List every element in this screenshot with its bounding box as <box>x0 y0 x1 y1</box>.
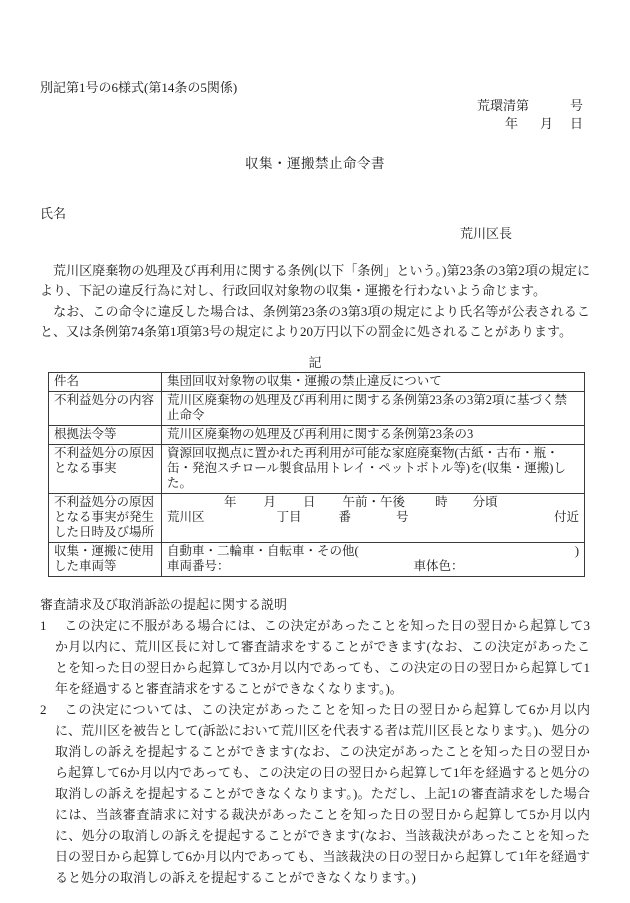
document-number-prefix: 荒環清第 <box>477 98 529 113</box>
datetime-year-label: 年 <box>224 495 237 510</box>
body-paragraph-2: なお、この命令に違反した場合は、条例第23条の3第3項の規定により氏名等が公表さ… <box>40 302 590 343</box>
table-row: 根拠法令等 荒川区廃棄物の処理及び再利用に関する条例第23条の3 <box>49 425 585 444</box>
row-label-vehicle: 収集・運搬に使用した車両等 <box>49 542 162 576</box>
row-value-disposition-content: 荒川区廃棄物の処理及び再利用に関する条例第23条の3第2項に基づく禁止命令 <box>162 391 585 425</box>
explanation-item-2-text: この決定については、この決定があったことを知った日の翌日から起算して6か月以内に… <box>55 702 590 885</box>
date-year-label: 年 <box>505 116 518 131</box>
datetime-minute-label: 分頃 <box>473 495 498 510</box>
vehicle-types-line: 自動車・二輪車・自転車・その他( ) <box>167 544 579 559</box>
place-line: 荒川区 丁目 番 号 付近 <box>167 510 579 525</box>
vehicle-detail-line: 車両番号： 車体色： <box>167 559 579 574</box>
place-chome-label: 丁目 <box>277 510 302 525</box>
table-row: 不利益処分の内容 荒川区廃棄物の処理及び再利用に関する条例第23条の3第2項に基… <box>49 391 585 425</box>
row-value-facts: 資源回収拠点に置かれた再利用が可能な家庭廃棄物(古紙・古布・瓶・缶・発泡スチロー… <box>162 444 585 493</box>
row-label-disposition-content: 不利益処分の内容 <box>49 391 162 425</box>
vehicle-number-label: 車両番号： <box>167 559 230 574</box>
datetime-month-label: 月 <box>264 495 277 510</box>
order-details-table: 件名 集団回収対象物の収集・運搬の禁止違反について 不利益処分の内容 荒川区廃棄… <box>48 372 585 577</box>
explanation-item-1-number: 1 <box>40 615 64 636</box>
datetime-ampm-label: 午前・午後 <box>343 495 406 510</box>
explanation-item-2-number: 2 <box>40 699 64 720</box>
explanation-item-2: 2この決定については、この決定があったことを知った日の翌日から起算して6か月以内… <box>40 699 590 888</box>
record-marker: 記 <box>40 355 590 371</box>
document-date-line: 年月日 <box>40 115 590 133</box>
row-label-legal-basis: 根拠法令等 <box>49 425 162 444</box>
row-label-subject: 件名 <box>49 372 162 391</box>
datetime-line: 年 月 日 午前・午後 時 分頃 <box>167 495 579 510</box>
vehicle-types-label: 自動車・二輪車・自転車・その他( <box>167 544 359 559</box>
form-reference: 別記第1号の6様式(第14条の5関係) <box>40 79 590 97</box>
date-day-label: 日 <box>570 116 583 131</box>
table-row: 不利益処分の原因となる事実 資源回収拠点に置かれた再利用が可能な家庭廃棄物(古紙… <box>49 444 585 493</box>
explanation-heading: 審査請求及び取消訴訟の提起に関する説明 <box>40 594 590 615</box>
explanation-item-1-text: この決定に不服がある場合には、この決定があったことを知った日の翌日から起算して3… <box>55 618 590 696</box>
place-blank-line <box>167 525 579 540</box>
date-month-label: 月 <box>540 116 553 131</box>
issuer-name: 荒川区長 <box>40 225 590 243</box>
order-body: 荒川区廃棄物の処理及び再利用に関する条例(以下「条例」という。)第23条の3第2… <box>40 261 590 343</box>
body-paragraph-1: 荒川区廃棄物の処理及び再利用に関する条例(以下「条例」という。)第23条の3第2… <box>40 261 590 302</box>
place-vicinity-label: 付近 <box>554 510 579 525</box>
addressee-name-label: 氏名 <box>40 205 590 223</box>
row-value-datetime-place: 年 月 日 午前・午後 時 分頃 荒川区 丁目 番 号 付近 <box>162 493 585 542</box>
vehicle-types-close-paren: ) <box>575 544 579 559</box>
row-value-vehicle: 自動車・二輪車・自転車・その他( ) 車両番号： 車体色： <box>162 542 585 576</box>
place-ward-label: 荒川区 <box>167 510 205 525</box>
table-row: 不利益処分の原因となる事実が発生した日時及び場所 年 月 日 午前・午後 時 分… <box>49 493 585 542</box>
datetime-day-label: 日 <box>303 495 316 510</box>
place-go-label: 号 <box>396 510 409 525</box>
row-label-facts: 不利益処分の原因となる事実 <box>49 444 162 493</box>
document-page: 別記第1号の6様式(第14条の5関係) 荒環清第号 年月日 収集・運搬禁止命令書… <box>0 0 630 903</box>
page-title: 収集・運搬禁止命令書 <box>40 155 590 173</box>
vehicle-color-label: 車体色： <box>414 559 464 574</box>
row-value-legal-basis: 荒川区廃棄物の処理及び再利用に関する条例第23条の3 <box>162 425 585 444</box>
explanation-item-1: 1この決定に不服がある場合には、この決定があったことを知った日の翌日から起算して… <box>40 615 590 699</box>
row-value-subject: 集団回収対象物の収集・運搬の禁止違反について <box>162 372 585 391</box>
datetime-hour-label: 時 <box>435 495 448 510</box>
table-row: 件名 集団回収対象物の収集・運搬の禁止違反について <box>49 372 585 391</box>
place-ban-label: 番 <box>339 510 352 525</box>
document-number-suffix: 号 <box>570 98 583 113</box>
document-number-line: 荒環清第号 <box>40 97 590 115</box>
row-label-datetime-place: 不利益処分の原因となる事実が発生した日時及び場所 <box>49 493 162 542</box>
table-row: 収集・運搬に使用した車両等 自動車・二輪車・自転車・その他( ) 車両番号： 車… <box>49 542 585 576</box>
